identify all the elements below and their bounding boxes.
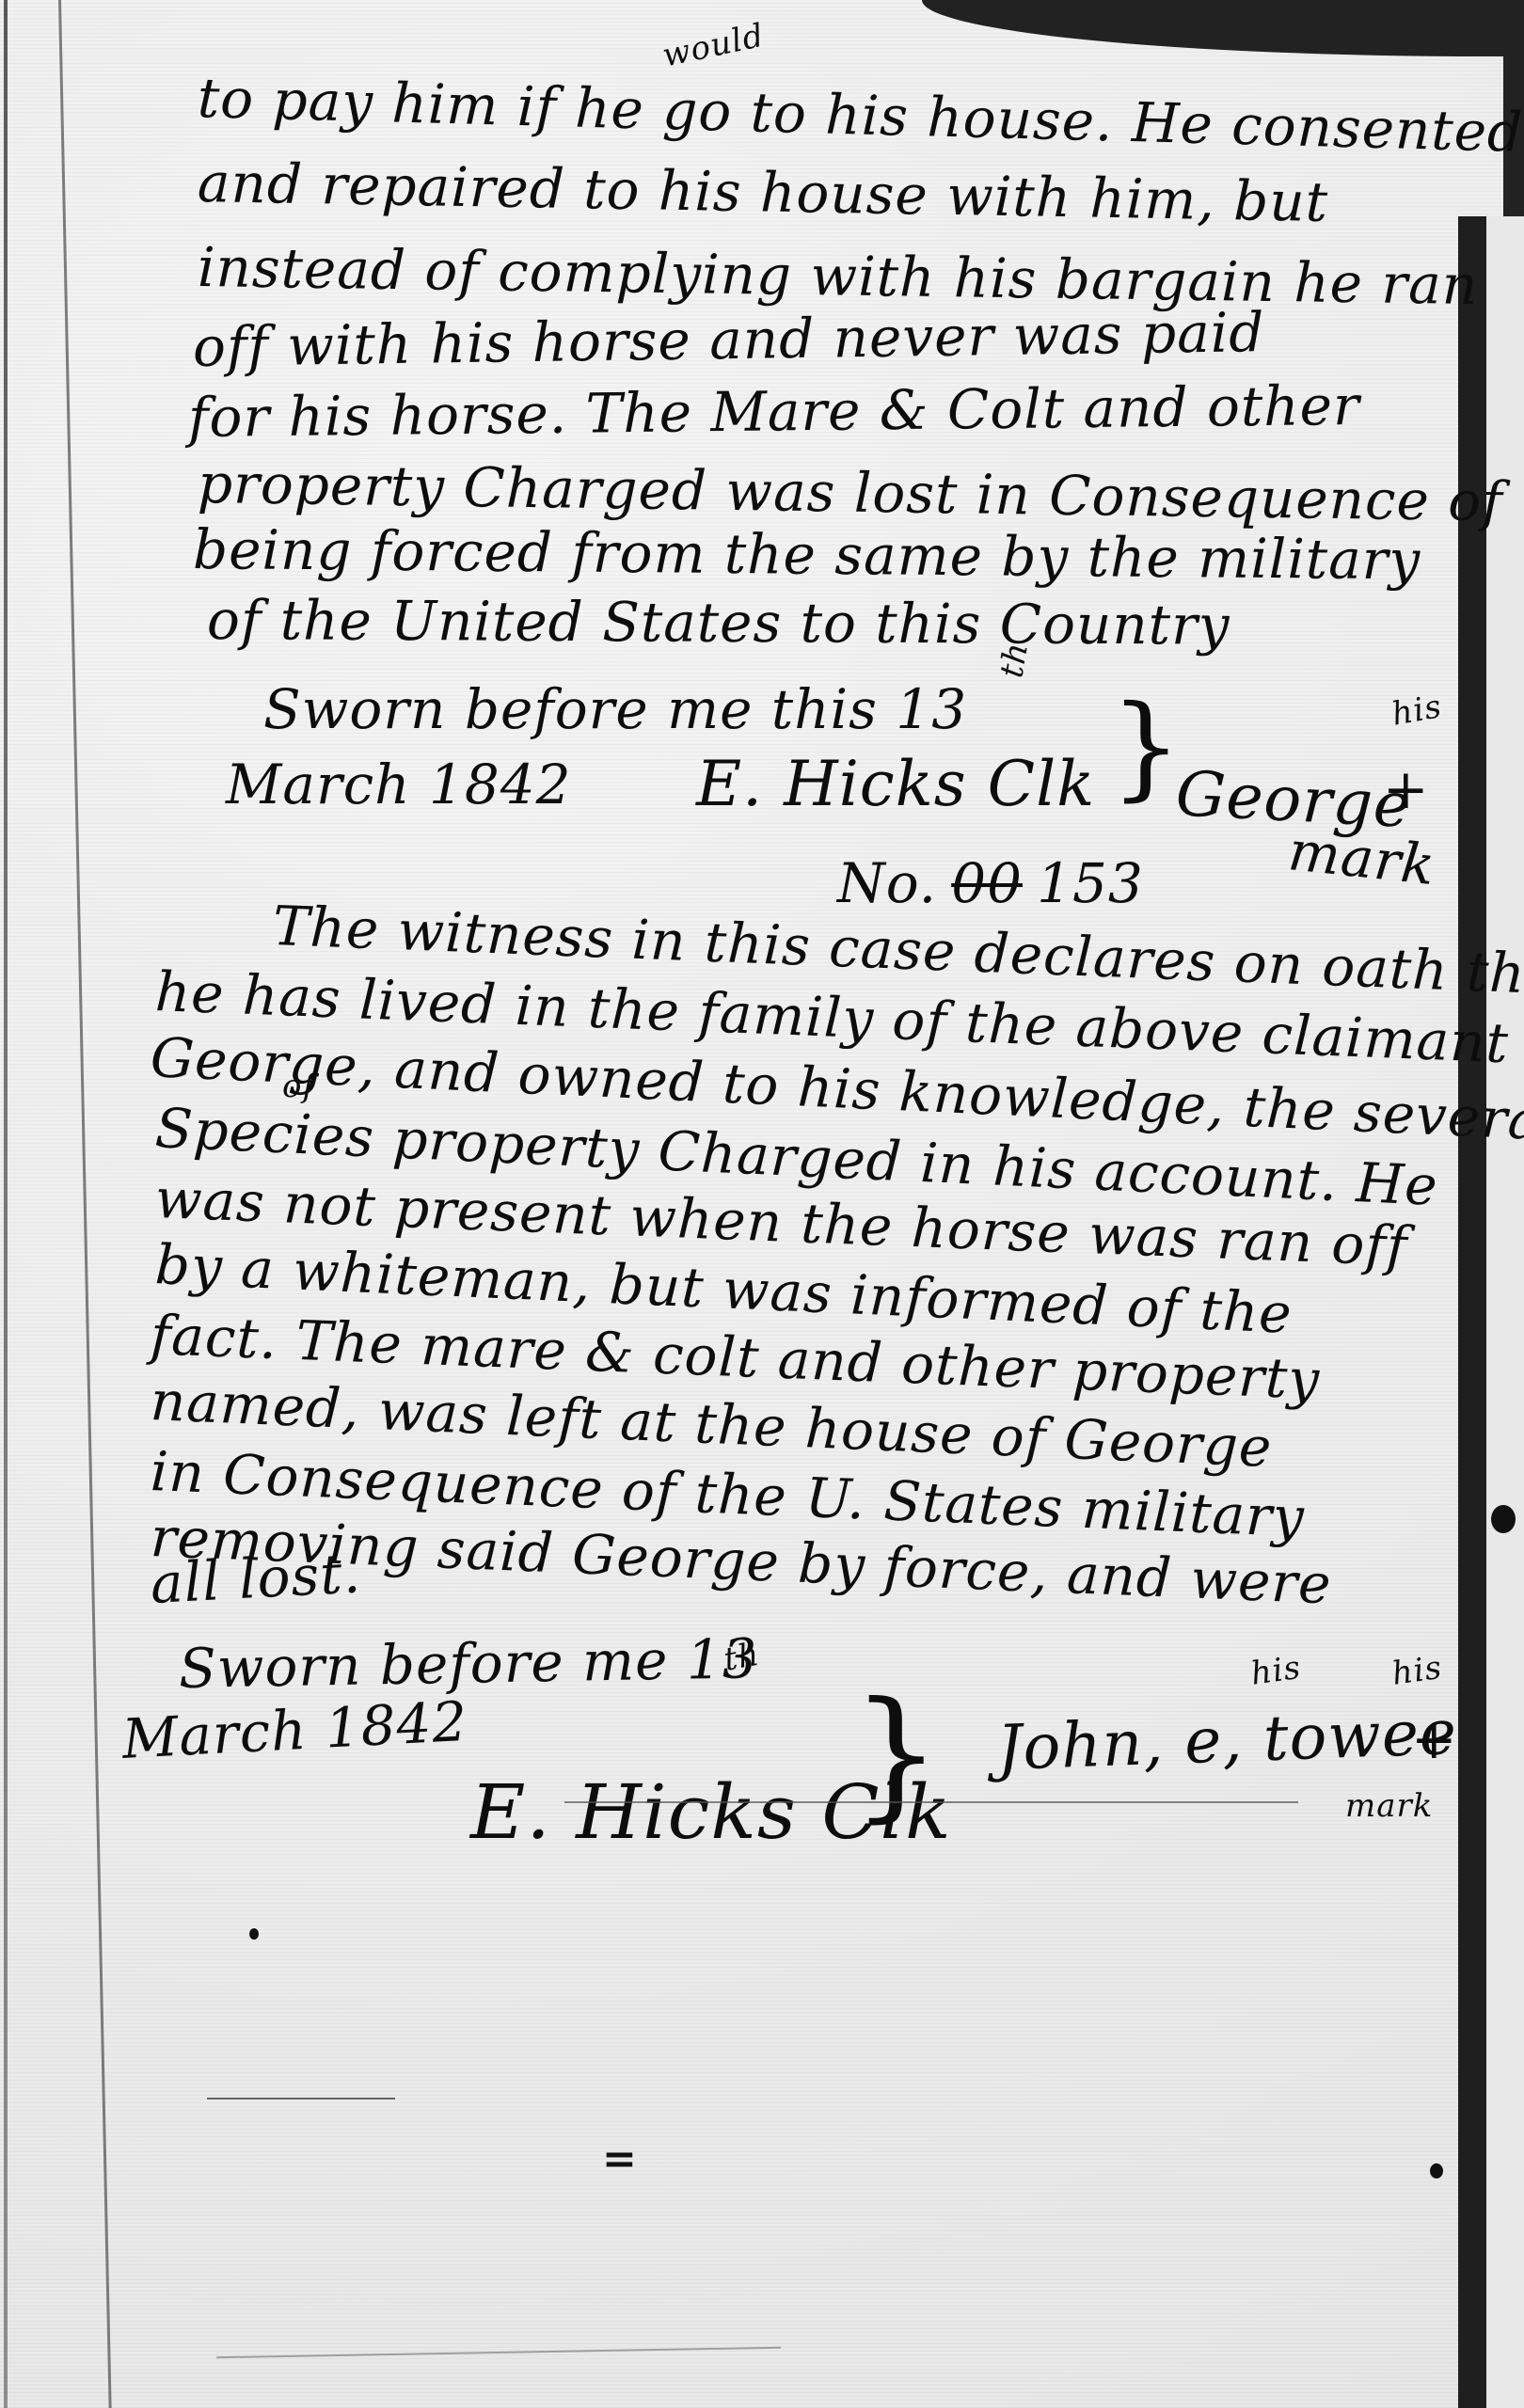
binding-bar — [1458, 216, 1486, 2408]
statement-line-2: and repaired to his house with him, but — [197, 150, 1328, 234]
left-margin-rule-outer — [4, 0, 8, 2408]
left-margin-rule-inner — [58, 0, 112, 2408]
witness-line-11: all lost. — [149, 1541, 362, 1616]
signature-baseline — [564, 1801, 1298, 1803]
jurat-2-date: March 1842 — [120, 1689, 469, 1771]
jurat-2-sworn-line: Sworn before me 13 — [178, 1626, 758, 1701]
statement-line-8: of the United States to this Country — [207, 588, 1230, 657]
jurat-1-date: March 1842 — [226, 752, 572, 816]
jurat-2-superscript: th — [722, 1636, 763, 1679]
jurat-2-signer-name: John, e, towee — [996, 1696, 1458, 1784]
ink-blot — [1430, 2163, 1443, 2178]
ink-blot — [249, 1928, 259, 1940]
statement-line-5: for his horse. The Mare & Colt and other — [188, 373, 1360, 450]
brace-icon: } — [851, 1684, 941, 1825]
jurat-1-mark-symbol: + — [1383, 757, 1430, 821]
brace-icon: } — [1110, 691, 1182, 804]
insertion-of: of — [282, 1068, 315, 1105]
statement-line-7: being forced from the same by the milita… — [193, 517, 1421, 592]
jurat-2-mark-label: mark — [1345, 1787, 1433, 1825]
jurat-1-sworn-line: Sworn before me this 13 — [263, 677, 967, 741]
equals-mark: = — [602, 2135, 637, 2183]
jurat-2-mark-symbol: + — [1411, 1707, 1458, 1771]
case-number: No. 00 153 — [837, 851, 1125, 915]
jurat-1-superscript: th — [992, 640, 1036, 681]
jurat-1-mark-label: mark — [1285, 818, 1438, 897]
right-margin-strip — [1486, 216, 1524, 2408]
faint-rule-bottom — [216, 2347, 781, 2358]
statement-line-3: instead of complying with his bargain he… — [198, 235, 1479, 317]
jurat-2-his-2: his — [1389, 1649, 1444, 1693]
insertion-would: would — [659, 17, 768, 75]
statement-line-1: to pay him if he go to his house. He con… — [197, 66, 1524, 165]
scanner-background-corner — [922, 0, 1524, 56]
document-page: would to pay him if he go to his house. … — [0, 0, 1524, 2408]
jurat-2-his-1: his — [1248, 1649, 1303, 1693]
ink-blot — [1491, 1505, 1516, 1533]
case-number-struck: 00 — [951, 851, 1023, 915]
statement-line-4: off with his horse and never was paid — [193, 300, 1265, 379]
case-number-prefix: No. — [837, 851, 937, 915]
faint-rule — [207, 2098, 395, 2099]
jurat-1-his: his — [1389, 688, 1445, 734]
jurat-1-clerk-signature: E. Hicks Clk — [696, 748, 1095, 820]
case-number-value: 153 — [1037, 851, 1144, 915]
